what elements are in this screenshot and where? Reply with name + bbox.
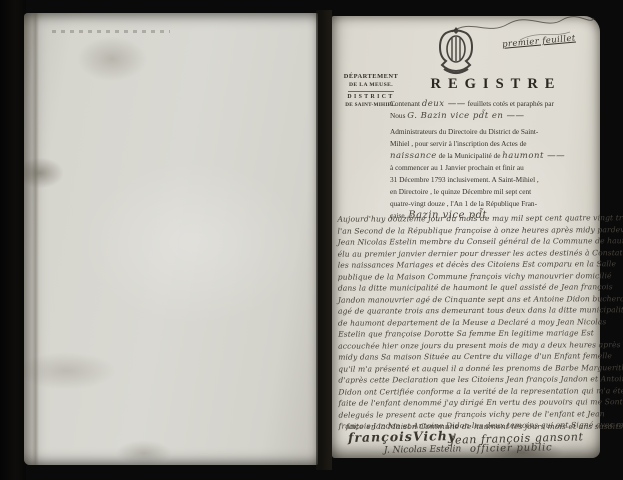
signature-estelin: J. Nicolas Estelin [384,444,461,455]
book-scan: premier feuillet DÉPARTEMENT DE LA MEUSE… [0,0,623,480]
handwritten-line: Aujourd'huy douzième jour du mois de may… [337,212,595,225]
printed-line: Mihiel , pour servir à l'inscription des… [390,138,600,150]
handwritten-fill: deux —— [422,99,466,109]
crest-icon [436,25,476,77]
book-cover-edge [0,0,26,480]
printed-text: quatre-vingt douze , l'An 1 de la Républ… [390,199,537,208]
handwritten-fill: naissance [390,151,437,161]
printed-text: à commencer au 1 Janvier prochain et fin… [390,163,524,172]
department-label: DÉPARTEMENT [340,73,402,80]
handwritten-fill: haumont —— [502,151,565,161]
handwritten-act: Aujourd'huy douzième jour du mois de may… [337,212,596,432]
handwritten-line: Estelin que françoise Dorotte Sa femme E… [338,327,596,340]
printed-line: Administrateurs du Directoire du Distric… [390,126,600,138]
printed-line: 31 Décembre 1793 inclusivement. A Saint-… [390,174,600,186]
printed-text: 31 Décembre 1793 inclusivement. A Saint-… [390,175,539,184]
printed-text: de la Municipalité de [437,151,502,160]
margin-rule [348,91,394,92]
handwritten-line: d'après cette Declaration que les Citoie… [338,373,596,386]
handwritten-line: faite de l'enfant denommé j'ay dirigé En… [338,396,596,409]
printed-text: Contenant [390,99,422,108]
printed-line: à commencer au 1 Janvier prochain et fin… [390,162,600,174]
printed-line: Nous G. Bazin vice pd̃t en —— [390,110,600,122]
book-spine-gutter [316,10,332,470]
paper-dash-marks [52,30,170,33]
meuse-label: DE LA MEUSE. [340,82,402,88]
handwritten-fill: G. Bazin vice pd̃t en —— [407,111,524,121]
printed-text: Mihiel , pour servir à l'inscription des… [390,139,526,148]
printed-line: Contenant deux —— feuillets cotés et par… [390,98,600,110]
registre-title: REGISTRE [398,76,594,93]
signature-vichy: françoisVichy [348,428,456,445]
handwritten-line: Jean Nicolas Estelin membre du Conseil g… [338,235,596,248]
handwritten-line: les naissances Mariages et décès des Cit… [338,258,596,271]
printed-text: feuillets cotés et paraphés par [466,99,554,108]
printed-text: Administrateurs du Directoire du Distric… [390,127,538,136]
handwritten-line: agé de quarante trois ans demeurant tous… [338,304,596,317]
left-blank-page [24,13,318,465]
printed-line: naissance de la Municipalité de haumont … [390,150,600,162]
printed-text: en Directoire , le quinze Décembre mil s… [390,187,531,196]
handwritten-line: dans la ditte municipalité de haumont le… [338,281,596,294]
printed-intro: Contenant deux —— feuillets cotés et par… [390,98,600,222]
page-fold-shading [32,13,39,465]
printed-line: en Directoire , le quinze Décembre mil s… [390,186,600,198]
handwritten-line: midy dans Sa maison Située au Centre du … [338,350,596,363]
printed-line: quatre-vingt douze , l'An 1 de la Républ… [390,198,600,210]
signature-officier-public: officier public [470,442,553,454]
registre-page: premier feuillet DÉPARTEMENT DE LA MEUSE… [332,16,600,458]
printed-text: Nous [390,111,407,120]
